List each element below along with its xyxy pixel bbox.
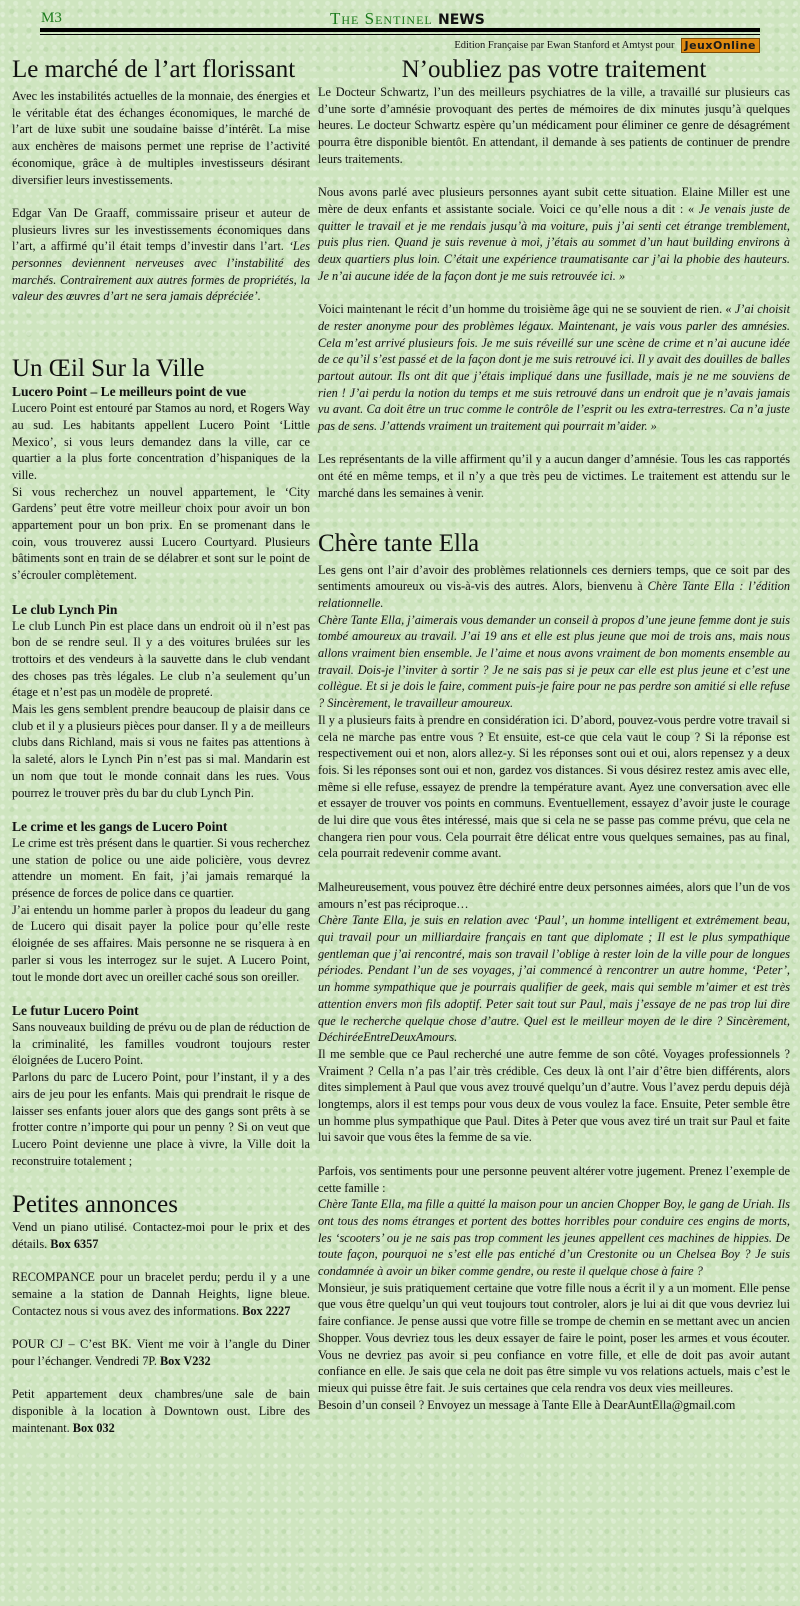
paper-name-text: The Sentinel — [330, 9, 433, 28]
aunt-ella-column: Chère tante Ella Les gens ont l’air d’av… — [318, 530, 790, 1414]
page-number: M3 — [41, 10, 62, 27]
paper-name-bold: NEWS — [438, 12, 485, 28]
ella-answer: Monsieur, je suis pratiquement certaine … — [318, 1280, 790, 1397]
section-para: Si vous recherchez un nouvel appartement… — [12, 484, 310, 584]
treatment-p4: Les représentants de la ville affirment … — [318, 451, 790, 501]
ella-answer: Il me semble que ce Paul recherché une a… — [318, 1046, 790, 1146]
classified-ad: POUR CJ – C’est BK. Vient me voir à l’an… — [12, 1336, 310, 1369]
masthead: M3 The Sentinel NEWS Edition Française p… — [0, 0, 800, 60]
art-market-title: Le marché de l’art florissant — [12, 56, 310, 84]
reader-letter: Chère Tante Ella, ma fille a quitté la m… — [318, 1196, 790, 1280]
masthead-rule-thin — [40, 34, 760, 35]
classified-ad: Petit appartement deux chambres/une sale… — [12, 1386, 310, 1436]
section-para: Mais les gens semblent prendre beaucoup … — [12, 701, 310, 801]
aunt-ella-intro3: Parfois, vos sentiments pour une personn… — [318, 1163, 790, 1196]
treatment-p3: Voici maintenant le récit d’un homme du … — [318, 301, 790, 435]
reader-letter: Chère Tante Ella, je suis en relation av… — [318, 912, 790, 1046]
ad-box-number: Box 032 — [73, 1421, 115, 1435]
treatment-p1: Le Docteur Schwartz, l’un des meilleurs … — [318, 84, 790, 168]
treatment-article: N’oubliez pas votre traitement Le Docteu… — [318, 56, 790, 502]
section-para: Lucero Point est entouré par Stamos au n… — [12, 400, 310, 484]
section-para: Sans nouveaux building de prévu ou de pl… — [12, 1019, 310, 1069]
classified-ad: RECOMPANCE pour un bracelet perdu; perdu… — [12, 1269, 310, 1319]
city-eye-title: Un Œil Sur la Ville — [12, 355, 310, 383]
section-para: Parlons du parc de Lucero Point, pour l’… — [12, 1069, 310, 1169]
section-heading: Le crime et les gangs de Lucero Point — [12, 818, 310, 835]
aunt-ella-intro: Les gens ont l’air d’avoir des problèmes… — [318, 562, 790, 612]
treatment-p3-text: Voici maintenant le récit d’un homme du … — [318, 302, 735, 316]
section-heading: Le club Lynch Pin — [12, 601, 310, 618]
art-market-article: Le marché de l’art florissant Avec les i… — [12, 56, 310, 305]
jeuxonline-logo[interactable]: JeuxOnline — [681, 38, 761, 53]
aunt-ella-intro2: Malheureusement, vous pouvez être déchir… — [318, 879, 790, 912]
art-market-p2: Edgar Van De Graaff, commissaire priseur… — [12, 205, 310, 305]
art-market-p1: Avec les instabilités actuelles de la mo… — [12, 88, 310, 188]
treatment-p2: Nous avons parlé avec plusieurs personne… — [318, 184, 790, 284]
ad-box-number: Box 2227 — [242, 1304, 290, 1318]
classifieds: Petites annonces Vend un piano utilisé. … — [12, 1191, 310, 1436]
edition-credit: Edition Française par Ewan Stanford et A… — [454, 38, 760, 53]
section-para: J’ai entendu un homme parler à propos du… — [12, 902, 310, 986]
art-market-p2-text: Edgar Van De Graaff, commissaire priseur… — [12, 206, 310, 253]
paper-name: The Sentinel NEWS — [330, 9, 485, 29]
section-para: Le club Lunch Pin est place dans un endr… — [12, 618, 310, 702]
treatment-title: N’oubliez pas votre traitement — [318, 56, 790, 84]
city-eye-article: Un Œil Sur la Ville Lucero Point – Le me… — [12, 355, 310, 1169]
ad-box-number: Box 6357 — [50, 1237, 98, 1251]
aunt-ella-contact: Besoin d’un conseil ? Envoyez un message… — [318, 1397, 790, 1414]
classifieds-title: Petites annonces — [12, 1191, 310, 1219]
masthead-rule — [40, 28, 760, 32]
section-heading: Lucero Point – Le meilleurs point de vue — [12, 383, 310, 400]
aunt-ella-title: Chère tante Ella — [318, 530, 790, 558]
ella-answer: Il y a plusieurs faits à prendre en cons… — [318, 712, 790, 862]
treatment-quote: J’ai choisit de rester anonyme pour des … — [318, 302, 790, 433]
ad-text: Petit appartement deux chambres/une sale… — [12, 1387, 310, 1434]
ad-box-number: Box V232 — [160, 1354, 211, 1368]
section-para: Le crime est très présent dans le quarti… — [12, 835, 310, 902]
edition-text: Edition Française par Ewan Stanford et A… — [454, 40, 674, 51]
section-heading: Le futur Lucero Point — [12, 1002, 310, 1019]
classified-ad: Vend un piano utilisé. Contactez-moi pou… — [12, 1219, 310, 1252]
reader-letter: Chère Tante Ella, j’aimerais vous demand… — [318, 612, 790, 712]
right-column: N’oubliez pas votre traitement Le Docteu… — [318, 56, 790, 1413]
left-column: Le marché de l’art florissant Avec les i… — [12, 56, 310, 1436]
